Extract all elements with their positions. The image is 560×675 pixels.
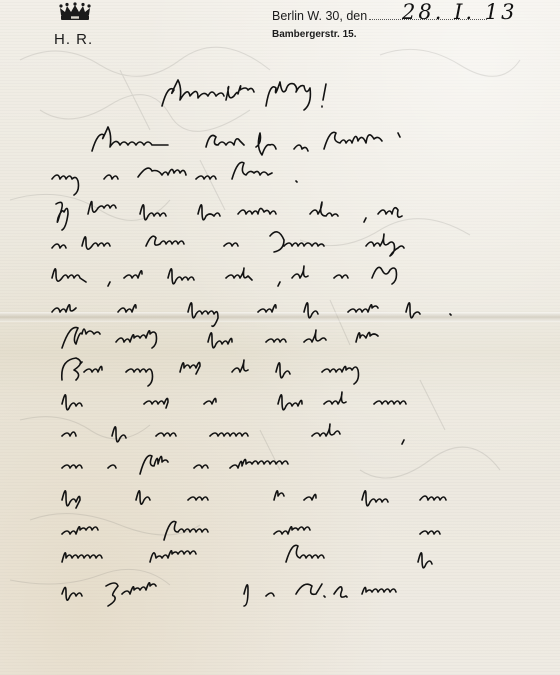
letter-line-2: dung der Briefe aus Arosa. (48, 155, 428, 195)
letterhead-street: Bambergerstr. 15. (272, 29, 357, 40)
monogram: H. R. (54, 31, 93, 48)
handwritten-date: 28. I. 13 (402, 0, 517, 24)
letter-page: H. R. Berlin W. 30, den 28. I. 13 Bamber… (0, 0, 560, 675)
crown-icon (57, 2, 93, 22)
letter-line-15: ihre Zukunft hat. Vol. Dr. bedauere (56, 572, 546, 612)
salutation: Meine liebe Mary! (158, 78, 338, 118)
city-text: Berlin W. 30, den (272, 9, 367, 23)
